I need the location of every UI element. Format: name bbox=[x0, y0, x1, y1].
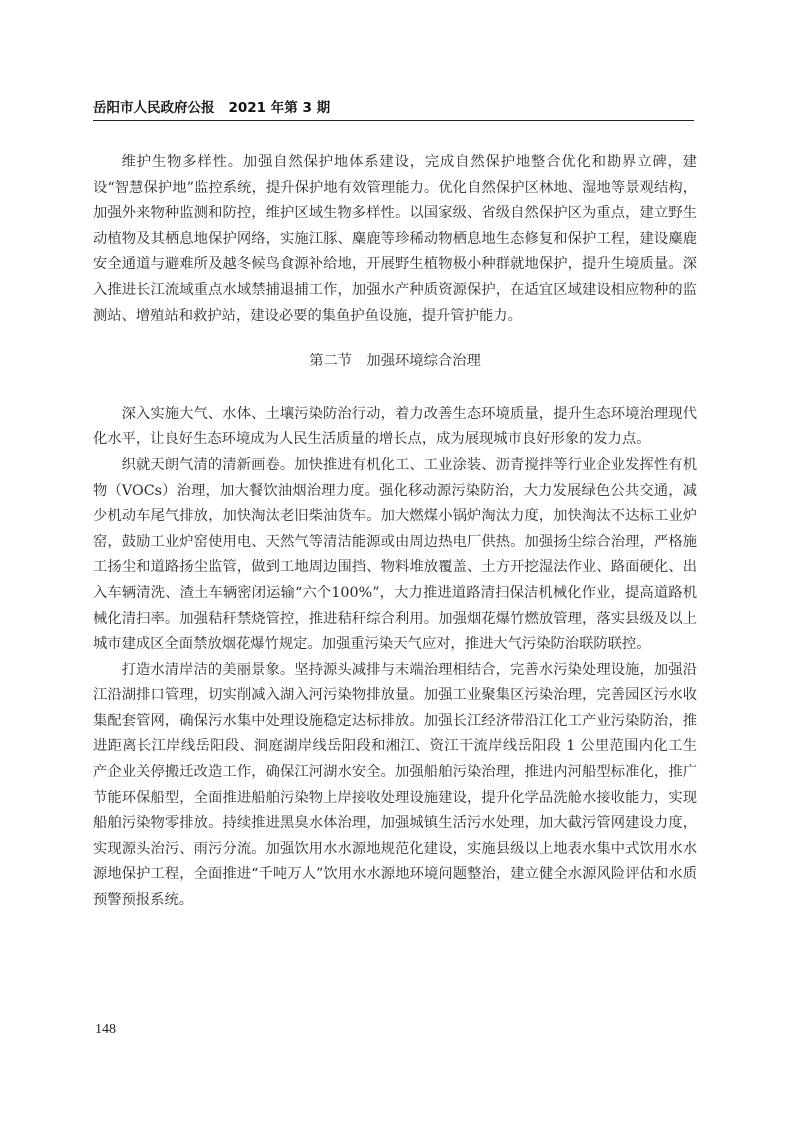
document-body: 维护生物多样性。加强自然保护地体系建设，完成自然保护地整合优化和勘界立碑，建设“… bbox=[93, 150, 697, 914]
publication-title: 岳阳市人民政府公报 bbox=[93, 100, 215, 116]
section-title: 第二节 加强环境综合治理 bbox=[93, 349, 697, 375]
paragraph-air-quality: 织就天朗气清的清新画卷。加快推进有机化工、工业涂装、沥青搅拌等行业企业发挥性有机… bbox=[93, 453, 697, 658]
issue-label: 2021 年第 3 期 bbox=[229, 100, 331, 116]
paragraph-water-quality: 打造水清岸洁的美丽景象。坚持源头减排与末端治理相结合，完善水污染处理设施，加强沿… bbox=[93, 658, 697, 914]
paragraph-intro: 深入实施大气、水体、土壤污染防治行动，着力改善生态环境质量，提升生态环境治理现代… bbox=[93, 402, 697, 453]
page-header: 岳阳市人民政府公报2021 年第 3 期 bbox=[93, 96, 694, 121]
page-number: 148 bbox=[95, 1022, 116, 1038]
paragraph-biodiversity: 维护生物多样性。加强自然保护地体系建设，完成自然保护地整合优化和勘界立碑，建设“… bbox=[93, 150, 697, 329]
